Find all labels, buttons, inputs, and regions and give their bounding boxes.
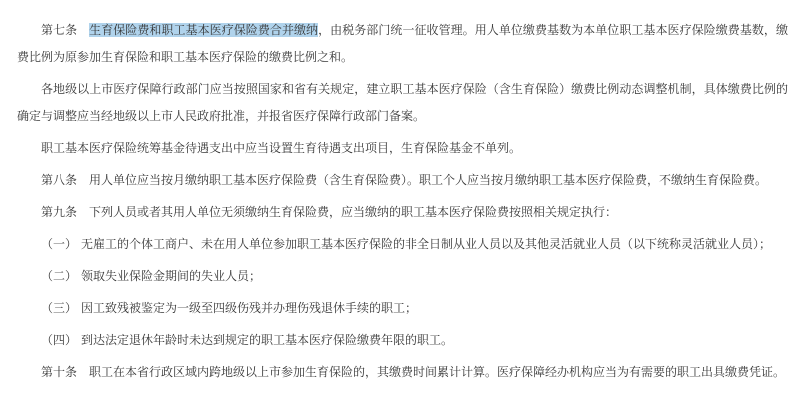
article-8-text: 用人单位应当按月缴纳职工基本医疗保险费（含生育保险费）。职工个人应当按月缴纳职工… xyxy=(89,173,767,187)
paragraph-article-7: 第七条生育保险费和职工基本医疗保险费合并缴纳，由税务部门统一征收管理。用人单位缴… xyxy=(17,17,788,71)
list-item-2-label: （二） xyxy=(41,269,77,283)
paragraph-article-8: 第八条用人单位应当按月缴纳职工基本医疗保险费（含生育保险费）。职工个人应当按月缴… xyxy=(17,167,788,194)
article-10-text: 职工在本省行政区域内跨地级以上市参加生育保险的，其缴费时间累计计算。医疗保障经办… xyxy=(89,365,785,379)
article-9-text: 下列人员或者其用人单位无须缴纳生育保险费，应当缴纳的职工基本医疗保险费按照相关规… xyxy=(89,205,617,219)
paragraph-text: 各地级以上市医疗保障行政部门应当按照国家和省有关规定，建立职工基本医疗保险（含生… xyxy=(17,82,788,123)
article-9-label: 第九条 xyxy=(41,205,77,219)
list-item-1: （一）无雇工的个体工商户、未在用人单位参加职工基本医疗保险的非全日制从业人员以及… xyxy=(17,231,788,258)
list-item-4: （四）到达法定退休年龄时未达到规定的职工基本医疗保险缴费年限的职工。 xyxy=(17,327,788,354)
list-item-3-text: 因工致残被鉴定为一级至四级伤残并办理伤残退休手续的职工； xyxy=(81,301,417,315)
list-item-4-text: 到达法定退休年龄时未达到规定的职工基本医疗保险缴费年限的职工。 xyxy=(81,333,453,347)
article-10-label: 第十条 xyxy=(41,365,77,379)
document-page: 第七条生育保险费和职工基本医疗保险费合并缴纳，由税务部门统一征收管理。用人单位缴… xyxy=(0,0,800,410)
list-item-1-label: （一） xyxy=(41,237,77,251)
paragraph-text: 职工基本医疗保险统筹基金待遇支出中应当设置生育待遇支出项目，生育保险基金不单列。 xyxy=(41,141,521,155)
list-item-2-text: 领取失业保险金期间的失业人员； xyxy=(81,269,261,283)
article-8-label: 第八条 xyxy=(41,173,77,187)
paragraph-adjustment-mechanism: 各地级以上市医疗保障行政部门应当按照国家和省有关规定，建立职工基本医疗保险（含生… xyxy=(17,76,788,130)
paragraph-fund-expenditure: 职工基本医疗保险统筹基金待遇支出中应当设置生育待遇支出项目，生育保险基金不单列。 xyxy=(17,135,788,162)
list-item-4-label: （四） xyxy=(41,333,77,347)
paragraph-article-9: 第九条下列人员或者其用人单位无须缴纳生育保险费，应当缴纳的职工基本医疗保险费按照… xyxy=(17,199,788,226)
list-item-3: （三）因工致残被鉴定为一级至四级伤残并办理伤残退休手续的职工； xyxy=(17,295,788,322)
article-7-label: 第七条 xyxy=(41,23,77,37)
list-item-2: （二）领取失业保险金期间的失业人员； xyxy=(17,263,788,290)
list-item-1-text: 无雇工的个体工商户、未在用人单位参加职工基本医疗保险的非全日制从业人员以及其他灵… xyxy=(81,237,771,251)
highlighted-text: 生育保险费和职工基本医疗保险费合并缴纳 xyxy=(89,23,318,37)
list-item-3-label: （三） xyxy=(41,301,77,315)
paragraph-article-10: 第十条职工在本省行政区域内跨地级以上市参加生育保险的，其缴费时间累计计算。医疗保… xyxy=(17,359,788,386)
